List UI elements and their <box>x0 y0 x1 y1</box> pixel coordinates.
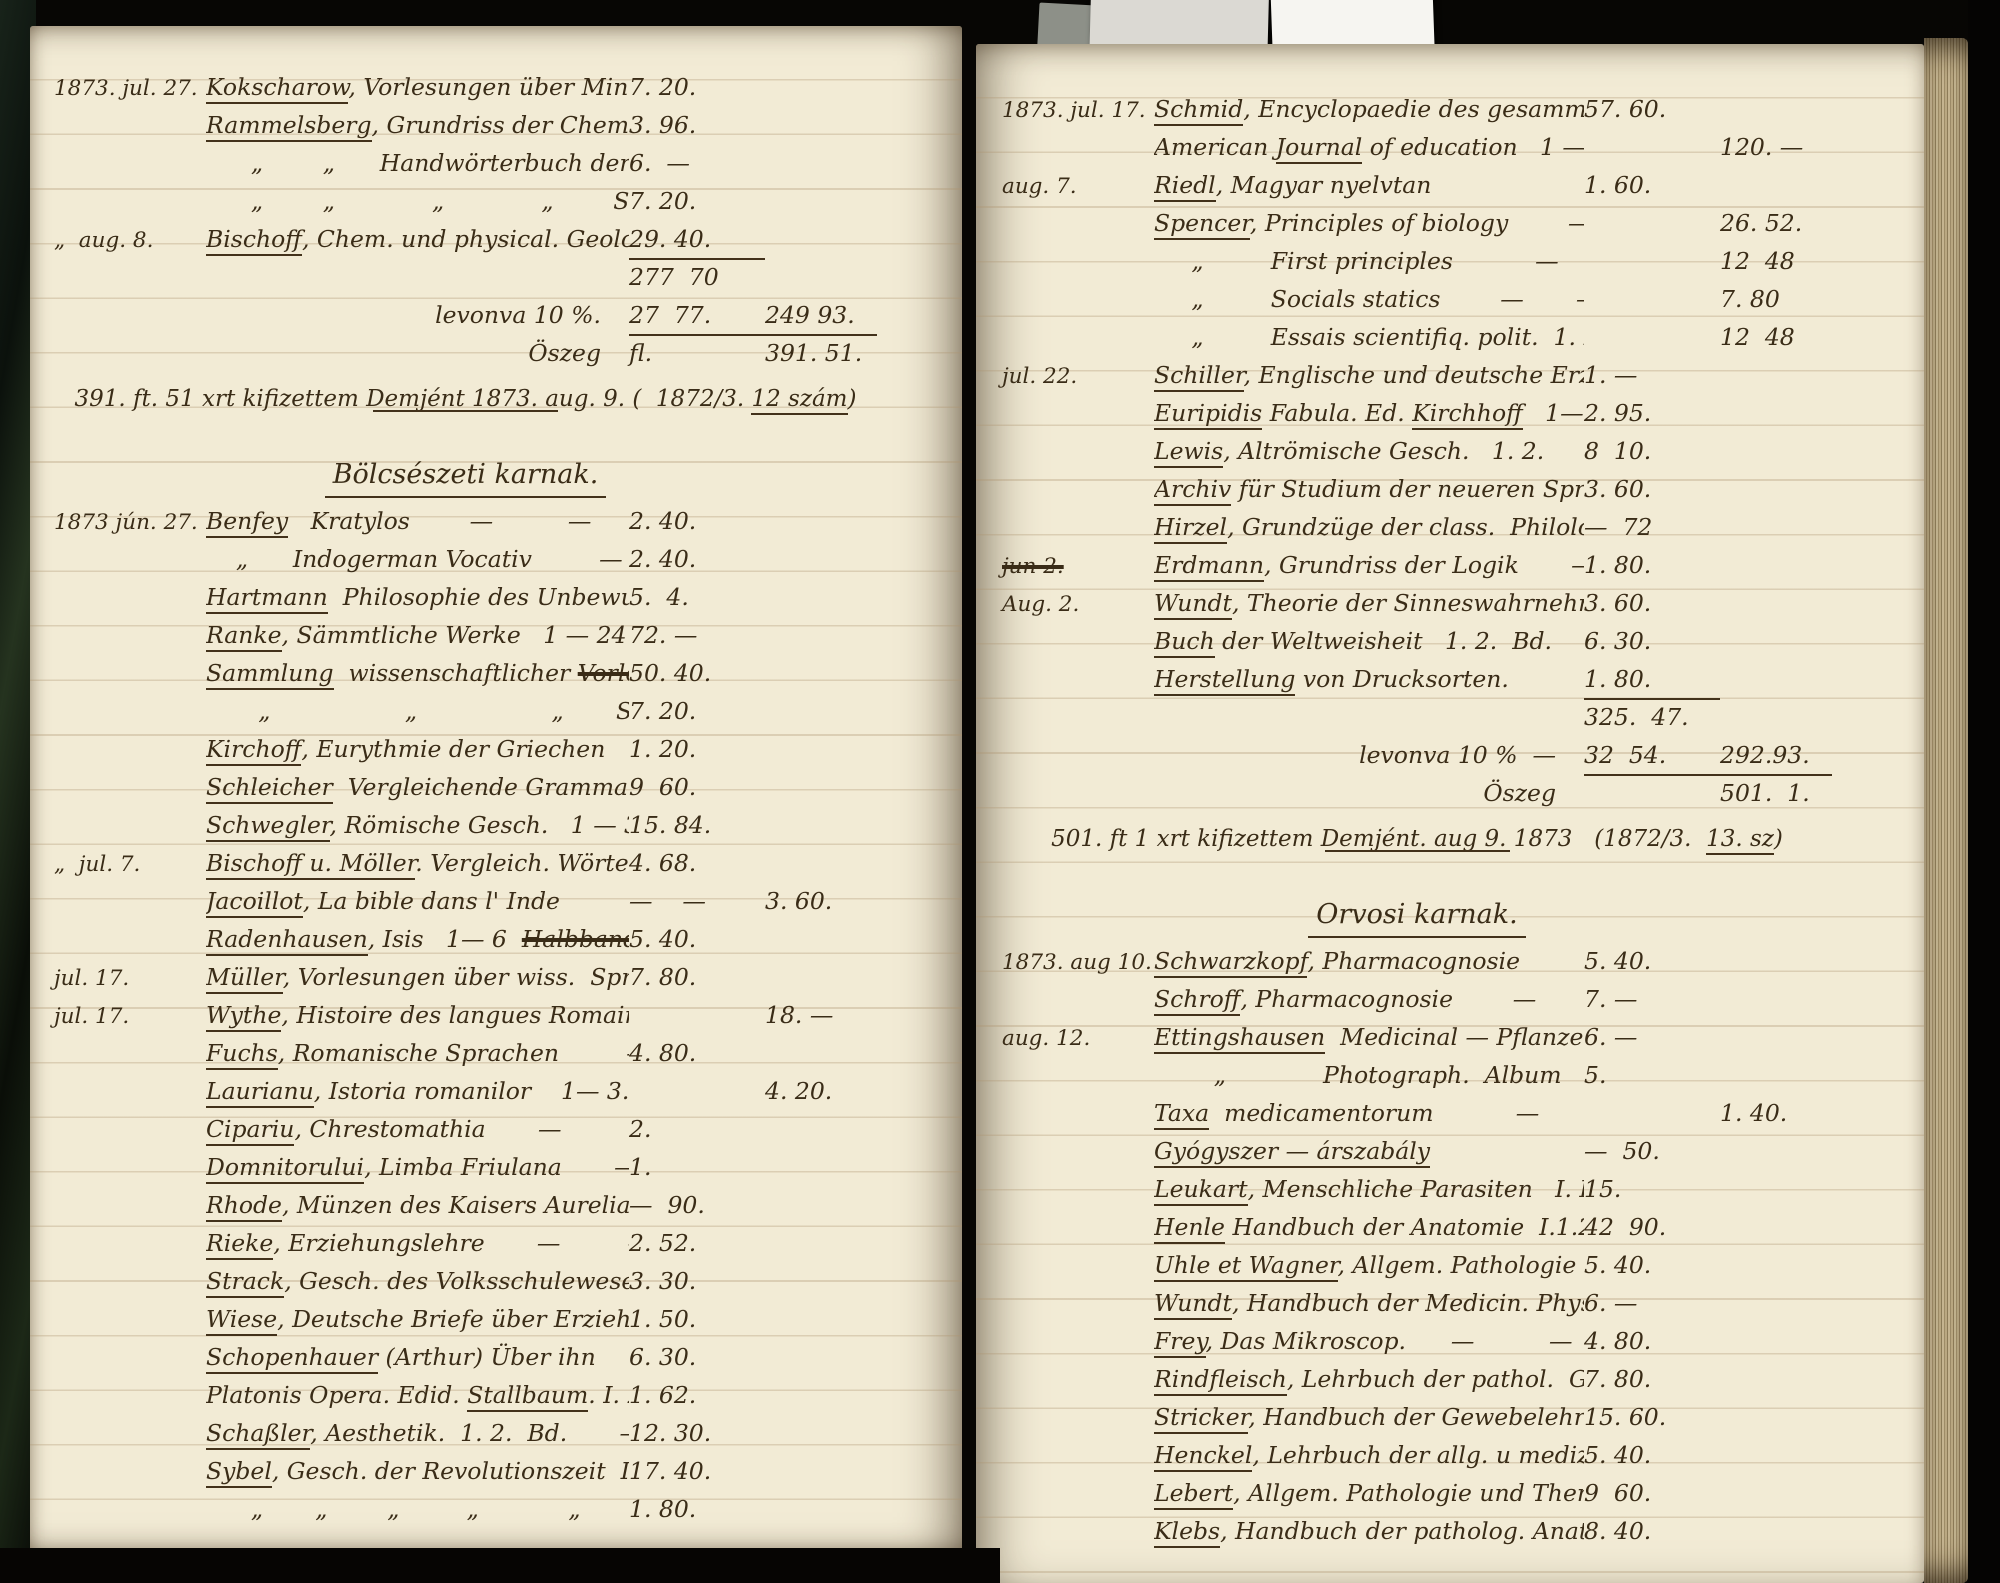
entry-price: 7. — <box>1584 980 1832 1018</box>
ledger-row: „ Photograph. Album — —5. <box>1002 1056 1832 1094</box>
entry-title: Henckel, Lehrbuch der allg. u mediz. pha… <box>1154 1436 1584 1474</box>
ledger-row: Gyógyszer — árszabály— 50. <box>1002 1132 1832 1170</box>
entry-title: Schleicher Vergleichende Grammatik indog… <box>206 768 629 806</box>
entry-price: 3. 60. <box>1584 470 1832 508</box>
entry-price: 120. — <box>1584 128 1832 166</box>
underlined-text: Lewis <box>1154 437 1223 468</box>
entry-title: Rieke, Erziehungslehre — — <box>206 1224 629 1262</box>
entry-price: 12. 30. <box>629 1414 877 1452</box>
entry-title: Cipariu, Chrestomathia — — <box>206 1110 629 1148</box>
underlined-text: Hartmann <box>206 583 328 614</box>
ledger-row: Lewis, Altrömische Gesch. 1. 2. — —8 10. <box>1002 432 1832 470</box>
section-title: Orvosi karnak. <box>1308 896 1525 938</box>
entry-title: „ „ „ „ „ Ergänzungshefte — „ <box>206 1490 629 1528</box>
price-main: 1. — <box>1584 356 1720 394</box>
price-main: 27 77. <box>629 296 765 334</box>
price-main: 5. 4. <box>629 578 765 616</box>
entry-title: Öszeg <box>1154 774 1584 812</box>
entry-price: — 90. <box>629 1186 877 1224</box>
entry-date: aug. 7. <box>1002 168 1154 206</box>
plain-text: ) <box>1774 826 1783 852</box>
plain-text: , Romanische Sprachen — — <box>278 1039 629 1067</box>
entry-title: Schwarzkopf, Pharmacognosie — — <box>1154 942 1584 980</box>
entry-price: 5. 4. <box>629 578 877 616</box>
plain-text: levonva 10 % — <box>1359 741 1556 769</box>
entry-price: 5. 40. <box>1584 1246 1832 1284</box>
underlined-text: Taxa <box>1154 1099 1209 1130</box>
ledger-row: 1873. jul. 27.Kokscharow, Vorlesungen üb… <box>54 68 877 106</box>
price-main: 9 60. <box>1584 1474 1720 1512</box>
plain-text: , Pharmacognosie — — <box>1307 947 1584 975</box>
ledger-row: Henckel, Lehrbuch der allg. u mediz. pha… <box>1002 1436 1832 1474</box>
entry-price: 2. <box>629 1110 877 1148</box>
price-main: 7. 80. <box>629 958 765 996</box>
ledger-row: Cipariu, Chrestomathia — —2. <box>54 1110 877 1148</box>
payment-note: 391. ft. 51 xrt kifizettem Demjént 1873.… <box>54 380 877 418</box>
entry-date: jun 2. <box>1002 548 1154 586</box>
underlined-text: Herstellung <box>1154 665 1295 696</box>
plain-text: medicamentorum — — <box>1209 1099 1584 1127</box>
price-secondary: 249 93. <box>765 296 877 334</box>
ledger-row: Herstellung von Drucksorten.1. 80. <box>1002 660 1832 698</box>
sum-row: levonva 10 % —32 54.292.93. <box>1002 736 1832 774</box>
entry-price: 2. 40. <box>629 502 877 540</box>
plain-text: , Grundriss der Chemie <box>372 111 629 139</box>
entry-title: Schaßler, Aesthetik. 1. 2. Bd. — — <box>206 1414 629 1452</box>
entry-title: levonva 10 % — <box>1154 736 1584 774</box>
price-main: 15. 84. <box>629 806 765 844</box>
entry-title: „ „ „ Serie VIII. 169—179 proc. <box>206 692 629 730</box>
underlined-text: Spencer <box>1154 209 1250 240</box>
ledger-row: aug. 7.Riedl, Magyar nyelvtan1. 60. <box>1002 166 1832 204</box>
underlined-text: Euripidis <box>1154 399 1262 430</box>
plain-text: Fabula. Ed. <box>1262 399 1412 427</box>
entry-title: Müller, Vorlesungen über wiss. Sprache <box>206 958 629 996</box>
entry-title: Hartmann Philosophie des Unbewussten. — <box>206 578 629 616</box>
plain-text: , Römische Gesch. 1 — 3. Bde. <box>330 811 629 839</box>
entry-title: Stricker, Handbuch der Gewebelehre I.II … <box>1154 1398 1584 1436</box>
price-main: 7. 80. <box>1584 1360 1720 1398</box>
ledger-row: Leukart, Menschliche Parasiten I. II. 12… <box>1002 1170 1832 1208</box>
underlined-text: Klebs <box>1154 1517 1220 1548</box>
entry-price: 1. <box>629 1148 877 1186</box>
ledger-row: Laurianu, Istoria romanilor 1— 3.4. 20. <box>54 1072 877 1110</box>
plain-text: Handbuch der Anatomie I.1.2. II.12. III.… <box>1225 1213 1584 1241</box>
ledger-row: Henle Handbuch der Anatomie I.1.2. II.12… <box>1002 1208 1832 1246</box>
entry-price: 1. 80. <box>1584 546 1832 584</box>
entry-price: 72. — <box>629 616 877 654</box>
underlined-text: Hirzel <box>1154 513 1227 544</box>
ledger-row: Ranke, Sämmtliche Werke 1 — 24 köt.72. — <box>54 616 877 654</box>
entry-price: 1. 20. <box>629 730 877 768</box>
price-secondary: 12 48 <box>1720 318 1832 356</box>
plain-text: , Deutsche Briefe über Erziehung <box>277 1305 629 1333</box>
hand-drawn-rule <box>1325 850 1510 852</box>
price-main: 7. 20. <box>629 68 765 106</box>
ledger-row: „ jul. 7.Bischoff u. Möller. Vergleich. … <box>54 844 877 882</box>
price-main: — 50. <box>1584 1132 1720 1170</box>
plain-text: , Allgem. Pathologie — <box>1338 1251 1584 1279</box>
plain-text: , Gesch. des Volksschulewesens — <box>284 1267 629 1295</box>
entry-title: „ „ „ „ Supplement 1— 5. <box>206 182 629 220</box>
entry-price: 1. 40. <box>1584 1094 1832 1132</box>
underlined-text: Rammelsberg <box>206 111 372 142</box>
entry-price: 3. 60. <box>1584 584 1832 622</box>
entry-title: Ettingshausen Medicinal — Pflanzen — — <box>1154 1018 1584 1056</box>
plain-text: , Principles of biology — — — <box>1250 209 1584 237</box>
sum-row: levonva 10 %.27 77.249 93. <box>54 296 877 334</box>
struck-text: Halbband <box>522 925 629 953</box>
plain-text: Philosophie des Unbewussten. — <box>328 583 629 611</box>
underlined-text: Sammlung <box>206 659 334 690</box>
entry-price: 7. 20. <box>629 692 877 730</box>
manuscript-scan: { "document": { "kind": "handwritten acq… <box>0 0 2000 1583</box>
entry-price: 15. 84. <box>629 806 877 844</box>
entry-price: 2. 52. <box>629 1224 877 1262</box>
entry-price: 15. 60. <box>1584 1398 1832 1436</box>
price-main: 4. 80. <box>1584 1322 1720 1360</box>
section-title: Bölcsészeti karnak. <box>325 456 607 498</box>
ledger-row: Archiv für Studium der neueren Sprachen … <box>1002 470 1832 508</box>
ledger-row: Rieke, Erziehungslehre — —2. 52. <box>54 1224 877 1262</box>
plain-text: , Lehrbuch der pathol. Gewebelehre <box>1287 1365 1584 1393</box>
ledger-page-left: 1873. jul. 27.Kokscharow, Vorlesungen üb… <box>30 26 962 1552</box>
price-main: 5. 40. <box>1584 942 1720 980</box>
entry-price: 9 60. <box>1584 1474 1832 1512</box>
ledger-row: Schaßler, Aesthetik. 1. 2. Bd. — —12. 30… <box>54 1414 877 1452</box>
price-main: 277 70 <box>629 258 765 296</box>
price-secondary: 18. — <box>765 996 877 1034</box>
underlined-text: Archiv <box>1154 475 1231 506</box>
price-main: 1. 20. <box>629 730 765 768</box>
entry-price: 7. 20. <box>629 68 877 106</box>
price-main: 2. 52. <box>629 1224 765 1262</box>
entry-title: Radenhausen, Isis 1— 6 Halbband <box>206 920 629 958</box>
price-secondary: 501. 1. <box>1720 774 1832 812</box>
price-main: 2. 40. <box>629 502 765 540</box>
price-secondary: 26. 52. <box>1720 204 1832 242</box>
ledger-row: Platonis Opera. Edid. Stallbaum. I. 2.1.… <box>54 1376 877 1414</box>
underlined-text: Benfey <box>206 507 288 538</box>
entry-price: 1. 80. <box>629 1490 877 1528</box>
plain-text: , Limba Friulana — — <box>364 1153 629 1181</box>
underlined-text: Radenhausen <box>206 925 368 956</box>
underlined-text: Schroff <box>1154 985 1240 1016</box>
price-main: 3. 60. <box>1584 470 1720 508</box>
entry-date: 1873 jún. 27. <box>54 504 206 542</box>
plain-text: , Magyar nyelvtan <box>1216 171 1432 199</box>
plain-text: , Menschliche Parasiten I. II. 12. <box>1248 1175 1584 1203</box>
ledger-row: Schroff, Pharmacognosie — —7. — <box>1002 980 1832 1018</box>
plain-text: „ Essais scientifiq. polit. 1. 2. vol. — <box>1154 323 1584 351</box>
plain-text: „ First principles — — <box>1154 247 1584 275</box>
plain-text: Platonis Opera. Edid. <box>206 1381 467 1409</box>
plain-text: , Histoire des langues Romaines 1— 3. <box>281 1001 629 1029</box>
price-main: 4. 80. <box>629 1034 765 1072</box>
entry-price: 4. 68. <box>629 844 877 882</box>
entry-price: 5. <box>1584 1056 1832 1094</box>
underlined-text: Riedl <box>1154 171 1216 202</box>
entry-date: jul. 17. <box>54 998 206 1036</box>
entry-price: fl.391. 51. <box>629 334 877 372</box>
ledger-row: „ First principles — —12 48 <box>1002 242 1832 280</box>
entry-price: 3. 30. <box>629 1262 877 1300</box>
price-main: 4. 68. <box>629 844 765 882</box>
price-main: 6. 30. <box>629 1338 765 1376</box>
ledger-row: Klebs, Handbuch der patholog. Anatomie 1… <box>1002 1512 1832 1550</box>
plain-text: „ „ Handwörterbuch der Mineralogie 1. 2.… <box>206 149 629 177</box>
entry-title: Klebs, Handbuch der patholog. Anatomie 1… <box>1154 1512 1584 1550</box>
underlined-text: Rieke <box>206 1229 273 1260</box>
underlined-text: Domnitorului <box>206 1153 364 1184</box>
underlined-text: Schleicher <box>206 773 333 804</box>
plain-text: of education 1 — 7. — — <box>1362 133 1584 161</box>
ledger-row: Frey, Das Mikroscop. — —4. 80. <box>1002 1322 1832 1360</box>
underlined-text: Ettingshausen <box>1154 1023 1325 1054</box>
price-main: 2. <box>629 1110 765 1148</box>
payment-note-text: 501. ft 1 xrt kifizettem Demjént. aug 9.… <box>1051 820 1783 858</box>
price-main: 1. <box>629 1148 765 1186</box>
underlined-text: Kokscharow <box>206 73 348 104</box>
ledger-row: Euripidis Fabula. Ed. Kirchhoff 1—3.2. 9… <box>1002 394 1832 432</box>
ledger-row: Rammelsberg, Grundriss der Chemie3. 96. <box>54 106 877 144</box>
price-main: 12. 30. <box>629 1414 765 1452</box>
price-main: 325. 47. <box>1584 698 1720 736</box>
plain-text: , Eurythmie der Griechen <box>301 735 605 763</box>
plain-text: , La bible dans l' Inde <box>303 887 560 915</box>
price-main: 7. 20. <box>629 692 765 730</box>
plain-text: , Sämmtliche Werke 1 — 24 köt. <box>282 621 629 649</box>
ledger-row: Stricker, Handbuch der Gewebelehre I.II … <box>1002 1398 1832 1436</box>
plain-text: , Grundzüge der class. Philologie — <box>1227 513 1584 541</box>
price-secondary: 7. 80 <box>1720 280 1832 318</box>
ledger-row: „ Essais scientifiq. polit. 1. 2. vol. —… <box>1002 318 1832 356</box>
entry-price: 5. 40. <box>1584 1436 1832 1474</box>
entry-price: 9 60. <box>629 768 877 806</box>
underlined-text: Stricker <box>1154 1403 1248 1434</box>
price-main: 1. 80. <box>1584 660 1720 700</box>
underlined-text: Kirchoff <box>206 735 301 766</box>
entry-price: 277 70 <box>629 258 877 296</box>
plain-text: , Encyclopaedie des gesammten Erziehungs… <box>1243 95 1584 123</box>
underlined-text: 13. sz <box>1706 826 1774 855</box>
entry-price: 5. 40. <box>1584 942 1832 980</box>
price-main: 6. — <box>1584 1284 1720 1322</box>
entry-price: 29. 40. <box>629 220 877 260</box>
ledger-row: „ aug. 8.Bischoff, Chem. und physical. G… <box>54 220 877 258</box>
price-main: 15. <box>1584 1170 1720 1208</box>
entry-title: Sammlung wissenschaftlicher Vorlesungen … <box>206 654 629 692</box>
ledger-row: jul. 17.Wythe, Histoire des langues Roma… <box>54 996 877 1034</box>
entry-price: 15. <box>1584 1170 1832 1208</box>
entry-title: Gyógyszer — árszabály <box>1154 1132 1584 1170</box>
plain-text: „ Socials statics — — — <box>1154 285 1584 313</box>
underlined-text: Leukart <box>1154 1175 1248 1206</box>
entry-price: 6. 30. <box>1584 622 1832 660</box>
price-secondary: 12 48 <box>1720 242 1832 280</box>
entry-price: 1. 62. <box>629 1376 877 1414</box>
entry-title: Erdmann, Grundriss der Logik — — <box>1154 546 1584 584</box>
price-main: fl. <box>629 334 765 372</box>
plain-text: wissenschaftlicher <box>334 659 578 687</box>
plain-text: , Chrestomathia — — <box>294 1115 629 1143</box>
underlined-text: Uhle et Wagner <box>1154 1251 1338 1282</box>
plain-text: . Vergleich. Wörterbuch <box>415 849 629 877</box>
entry-price: 17. 40. <box>629 1452 877 1490</box>
ledger-row: Sammlung wissenschaftlicher Vorlesungen … <box>54 654 877 692</box>
underlined-text: Erdmann <box>1154 551 1264 582</box>
entry-title: Platonis Opera. Edid. Stallbaum. I. 2. <box>206 1376 629 1414</box>
ledger-row: Strack, Gesch. des Volksschulewesens —3.… <box>54 1262 877 1300</box>
plain-text: , Vorlesungen über Mineralogie. Petersbu… <box>348 73 629 101</box>
entry-price: — 72 <box>1584 508 1832 546</box>
entry-title: Lebert, Allgem. Pathologie und Therapie … <box>1154 1474 1584 1512</box>
underlined-text: 12 szám <box>751 386 847 415</box>
entry-title: Bischoff u. Möller. Vergleich. Wörterbuc… <box>206 844 629 882</box>
sum-row: Öszeg501. 1. <box>1002 774 1832 812</box>
underlined-text: Müller <box>206 963 283 994</box>
entry-title: Schopenhauer (Arthur) Über ihn — — <box>206 1338 629 1376</box>
entry-price: 57. 60. <box>1584 90 1832 128</box>
price-main: — — <box>629 882 765 920</box>
entry-title: „ First principles — — <box>1154 242 1584 280</box>
price-main: 5. 40. <box>1584 1246 1720 1284</box>
plain-text: , Istoria romanilor 1— 3. <box>314 1077 629 1105</box>
sum-row: 277 70 <box>54 258 877 296</box>
plain-text: „ Indogerman Vocativ — — <box>206 545 629 573</box>
entry-price: 8 10. <box>1584 432 1832 470</box>
underlined-text: Wundt <box>1154 589 1232 620</box>
ledger-row: jul. 22.Schiller, Englische und deutsche… <box>1002 356 1832 394</box>
entry-price: 7. 20. <box>629 182 877 220</box>
entry-price: 32 54.292.93. <box>1584 736 1832 776</box>
entry-title: Schiller, Englische und deutsche Erziehu… <box>1154 356 1584 394</box>
underlined-text: Henckel <box>1154 1441 1252 1472</box>
entry-price: — 50. <box>1584 1132 1832 1170</box>
ledger-row: Hirzel, Grundzüge der class. Philologie … <box>1002 508 1832 546</box>
ledger-row: Aug. 2.Wundt, Theorie der Sinneswahrnehm… <box>1002 584 1832 622</box>
plain-text: von Drucksorten. <box>1295 665 1509 693</box>
ledger-row: Sybel, Gesch. der Revolutionszeit I. II.… <box>54 1452 877 1490</box>
entry-title: Öszeg <box>206 334 629 372</box>
price-main: 6. — <box>1584 1018 1720 1056</box>
hand-drawn-rule <box>373 410 558 412</box>
entry-title: Ranke, Sämmtliche Werke 1 — 24 köt. <box>206 616 629 654</box>
entry-title: Schwegler, Römische Gesch. 1 — 3. Bde. <box>206 806 629 844</box>
entry-price: 5. 40. <box>629 920 877 958</box>
entry-price: 2. 95. <box>1584 394 1832 432</box>
entry-title: Lewis, Altrömische Gesch. 1. 2. — — <box>1154 432 1584 470</box>
price-main: 3. 96. <box>629 106 765 144</box>
plain-text: der Weltweisheit 1. 2. Bd. — <box>1215 627 1584 655</box>
price-main: 57. 60. <box>1584 90 1720 128</box>
ledger-row: 1873. aug 10.Schwarzkopf, Pharmacognosie… <box>1002 942 1832 980</box>
entry-price: 7. 80. <box>1584 1360 1832 1398</box>
entry-title: „ Socials statics — — — <box>1154 280 1584 318</box>
entry-title: Sybel, Gesch. der Revolutionszeit I. II.… <box>206 1452 629 1490</box>
ledger-row: Wiese, Deutsche Briefe über Erziehung1. … <box>54 1300 877 1338</box>
price-main: 5. 40. <box>1584 1436 1720 1474</box>
plain-text: 391. ft. 51 xrt kifizettem Demjént 1873.… <box>75 386 752 412</box>
price-main: 6. — <box>629 144 765 182</box>
ledger-row: Buch der Weltweisheit 1. 2. Bd. —6. 30. <box>1002 622 1832 660</box>
price-main: 1. 60. <box>1584 166 1720 204</box>
entry-title: Euripidis Fabula. Ed. Kirchhoff 1—3. <box>1154 394 1584 432</box>
entry-title: Wundt, Theorie der Sinneswahrnehmung ) <box>1154 584 1584 622</box>
section-header: Orvosi karnak. <box>1002 896 1832 934</box>
ledger-row: „ Indogerman Vocativ — —2. 40. <box>54 540 877 578</box>
entry-title: Archiv für Studium der neueren Sprachen … <box>1154 470 1584 508</box>
underlined-text: Gyógyszer — árszabály <box>1154 1137 1430 1168</box>
plain-text: Medicinal — Pflanzen — — <box>1325 1023 1584 1051</box>
price-main: 9 60. <box>629 768 765 806</box>
price-secondary: 4. 20. <box>765 1072 877 1110</box>
price-main: 32 54. <box>1584 736 1720 774</box>
entry-price: 1. 80. <box>1584 660 1832 700</box>
underlined-text: Laurianu <box>206 1077 314 1108</box>
price-main: 5. 40. <box>629 920 765 958</box>
plain-text: „ „ „ Serie VIII. 169—179 proc. <box>206 697 629 725</box>
plain-text: 1—3. <box>1523 399 1584 427</box>
entry-title: Leukart, Menschliche Parasiten I. II. 12… <box>1154 1170 1584 1208</box>
price-main: 1. 80. <box>629 1490 765 1528</box>
entry-title: Bischoff, Chem. und physical. Geologie 1… <box>206 220 629 258</box>
ledger-rows-left: 1873. jul. 27.Kokscharow, Vorlesungen üb… <box>30 26 962 1552</box>
price-secondary: 391. 51. <box>765 334 877 372</box>
underlined-text: Jacoillot <box>206 887 303 918</box>
plain-text: , Englische und deutsche Erziehung ) <box>1244 361 1584 389</box>
underlined-text: Sybel <box>206 1457 272 1488</box>
entry-title: Wundt, Handbuch der Medicin. Physik — — <box>1154 1284 1584 1322</box>
ledger-row: Lebert, Allgem. Pathologie und Therapie … <box>1002 1474 1832 1512</box>
price-main: 6. 30. <box>1584 622 1720 660</box>
entry-date: jul. 17. <box>54 960 206 998</box>
underlined-text: Bischoff <box>206 225 302 256</box>
plain-text: , Grundriss der Logik — — <box>1264 551 1584 579</box>
entry-title: Benfey Kratylos — — <box>206 502 629 540</box>
underlined-text: Schwarzkopf <box>1154 947 1307 978</box>
ledger-row: American Journal of education 1 — 7. — —… <box>1002 128 1832 166</box>
underlined-text: Strack <box>206 1267 284 1298</box>
underlined-text: Stallbaum <box>467 1381 588 1412</box>
plain-text: , Vorlesungen über wiss. Sprache <box>283 963 629 991</box>
ledger-row: „ „ „ Serie VIII. 169—179 proc.7. 20. <box>54 692 877 730</box>
entry-title: Uhle et Wagner, Allgem. Pathologie — <box>1154 1246 1584 1284</box>
entry-price: 325. 47. <box>1584 698 1832 736</box>
underlined-text: Kirchhoff <box>1412 399 1523 430</box>
underlined-text: Schwegler <box>206 811 330 842</box>
entry-title: Taxa medicamentorum — — <box>1154 1094 1584 1132</box>
entry-title: Schmid, Encyclopaedie des gesammten Erzi… <box>1154 90 1584 128</box>
entry-title: „ Photograph. Album — — <box>1154 1056 1584 1094</box>
plain-text: , Isis 1— 6 <box>368 925 522 953</box>
entry-date: 1873. jul. 27. <box>54 70 206 108</box>
entry-price: 8. 40. <box>1584 1512 1832 1550</box>
backdrop-right <box>1968 0 2000 1583</box>
plain-text: „ „ „ „ Supplement 1— 5. <box>206 187 629 215</box>
entry-price: 6. — <box>1584 1284 1832 1322</box>
entry-price: 7. 80 <box>1584 280 1832 318</box>
entry-price: 12 48 <box>1584 318 1832 356</box>
plain-text: „ „ „ „ „ Ergänzungshefte — „ <box>206 1495 629 1523</box>
entry-price: 7. 80. <box>629 958 877 996</box>
page-stack-fore-edge <box>1924 38 1968 1583</box>
underlined-text: Bischoff u. Möller <box>206 849 415 880</box>
entry-title: American Journal of education 1 — 7. — — <box>1154 128 1584 166</box>
ledger-row: Uhle et Wagner, Allgem. Pathologie —5. 4… <box>1002 1246 1832 1284</box>
entry-title: Domnitorului, Limba Friulana — — <box>206 1148 629 1186</box>
price-main: 2. 95. <box>1584 394 1720 432</box>
